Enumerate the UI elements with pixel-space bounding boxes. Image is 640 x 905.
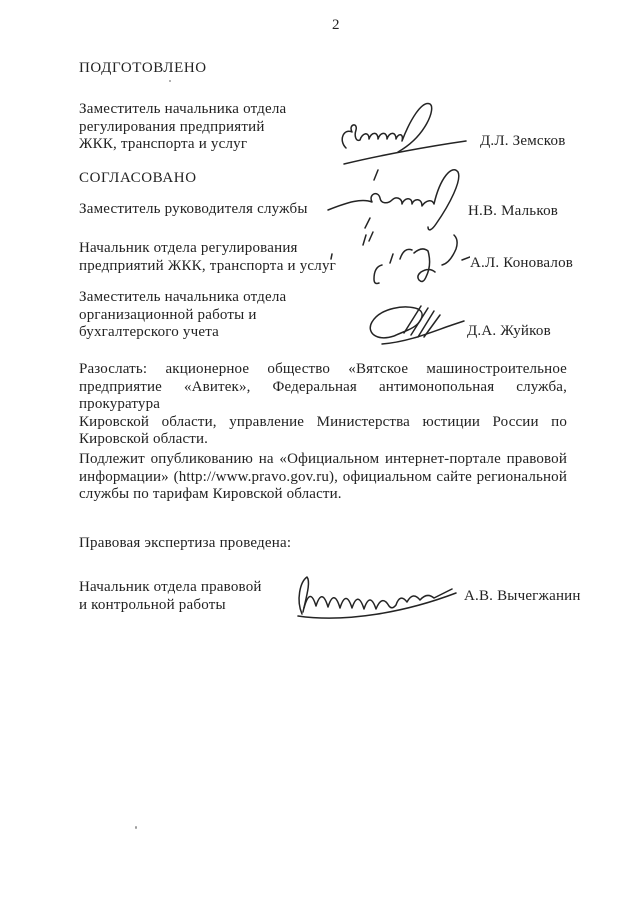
scan-speck bbox=[169, 80, 171, 82]
paragraph-line: Разослать: акционерное общество «Вятское… bbox=[79, 361, 567, 379]
role-line: Заместитель руководителя службы bbox=[79, 201, 308, 219]
signature-zemskov bbox=[336, 98, 478, 170]
signatory-name-zemskov: Д.Л. Земсков bbox=[480, 133, 566, 151]
signatory-role-malkov: Заместитель руководителя службы bbox=[79, 201, 308, 219]
role-line: бухгалтерского учета bbox=[79, 324, 286, 342]
paragraph-publication: Подлежит опубликованию на «Официальном и… bbox=[79, 451, 567, 504]
role-line: организационной работы и bbox=[79, 307, 286, 325]
role-line: Заместитель начальника отдела bbox=[79, 289, 286, 307]
role-line: Начальник отдела правовой bbox=[79, 579, 262, 597]
signatory-role-konovalov: Начальник отдела регулирования предприят… bbox=[79, 240, 336, 275]
paragraph-line: информации» (http://www.pravo.gov.ru), о… bbox=[79, 469, 567, 487]
signatory-role-vychegzhanin: Начальник отдела правовой и контрольной … bbox=[79, 579, 262, 614]
signatory-name-vychegzhanin: А.В. Вычегжанин bbox=[464, 588, 581, 606]
paragraph-line: Кировской области, управление Министерст… bbox=[79, 414, 567, 432]
signatory-name-malkov: Н.В. Мальков bbox=[468, 203, 558, 221]
agreed-heading: СОГЛАСОВАНО bbox=[79, 170, 197, 188]
signatory-role-zhuikov: Заместитель начальника отдела организаци… bbox=[79, 289, 286, 342]
paragraph-line: Кировской области. bbox=[79, 431, 567, 449]
page-number: 2 bbox=[332, 17, 340, 35]
signatory-name-konovalov: А.Л. Коновалов bbox=[470, 255, 573, 273]
paragraph-distribution: Разослать: акционерное общество «Вятское… bbox=[79, 361, 567, 449]
prepared-heading: ПОДГОТОВЛЕНО bbox=[79, 60, 207, 78]
paragraph-line: предприятие «Авитек», Федеральная антимо… bbox=[79, 379, 567, 414]
signature-konovalov bbox=[330, 227, 470, 291]
scan-speck bbox=[135, 826, 137, 829]
paragraph-line: Подлежит опубликованию на «Официальном и… bbox=[79, 451, 567, 469]
role-line: и контрольной работы bbox=[79, 597, 262, 615]
role-line: ЖКК, транспорта и услуг bbox=[79, 136, 286, 154]
signature-zhuikov bbox=[364, 300, 472, 352]
document-page: 2 ПОДГОТОВЛЕНО Заместитель начальника от… bbox=[0, 0, 640, 905]
signature-vychegzhanin bbox=[286, 574, 462, 620]
role-line: Заместитель начальника отдела bbox=[79, 101, 286, 119]
signatory-role-zemskov: Заместитель начальника отдела регулирова… bbox=[79, 101, 286, 154]
role-line: регулирования предприятий bbox=[79, 119, 286, 137]
legal-review-heading: Правовая экспертиза проведена: bbox=[79, 535, 291, 553]
role-line: Начальник отдела регулирования bbox=[79, 240, 336, 258]
paragraph-line: службы по тарифам Кировской области. bbox=[79, 486, 567, 504]
role-line: предприятий ЖКК, транспорта и услуг bbox=[79, 258, 336, 276]
signatory-name-zhuikov: Д.А. Жуйков bbox=[467, 323, 551, 341]
